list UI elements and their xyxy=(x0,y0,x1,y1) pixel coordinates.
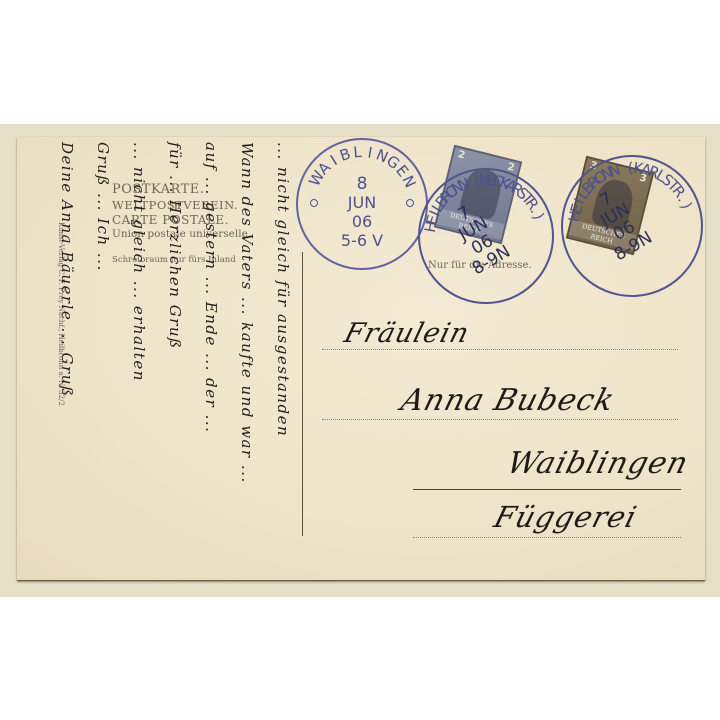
postmark-dot xyxy=(406,199,414,207)
message-line: Gruß ... Ich ... xyxy=(94,142,112,272)
postmark-waiblingen: 8 JUN 06 5-6 V WAIBLINGEN xyxy=(296,138,428,270)
address-line-4 xyxy=(413,537,681,538)
address-line-2 xyxy=(322,419,678,420)
message-line: Deine Anna Bäuerle ... Gruß xyxy=(58,142,76,397)
address-salutation: Fräulein xyxy=(341,318,473,349)
postkarte-title: POSTKARTE. xyxy=(112,182,204,197)
address-line-1 xyxy=(322,349,678,350)
address-town: Waiblingen xyxy=(503,446,692,481)
stamp-value: 2 xyxy=(457,149,466,161)
message-line: ... nicht gleich für ausgestanden xyxy=(274,142,292,437)
message-address-divider xyxy=(302,252,303,536)
postmark-ring-letter: B xyxy=(337,144,353,165)
message-line: Wann des Vaters ... kaufte und war ... xyxy=(238,142,256,484)
message-line: für ... Herzlichen Gruß xyxy=(166,142,184,350)
postmark-time: 5-6 V xyxy=(298,233,426,249)
postmark-dot xyxy=(310,199,318,207)
address-line-3 xyxy=(413,489,681,490)
address-street: Függerei xyxy=(490,500,641,534)
message-line: auf ... gestern ... Ende ... der ... xyxy=(202,142,220,433)
postmark-ring-letter: L xyxy=(353,143,364,162)
address-name: Anna Bubeck xyxy=(397,383,618,418)
postmark-year: 06 xyxy=(298,214,426,230)
message-line: ... nicht gleich ... erhalten xyxy=(130,142,148,382)
